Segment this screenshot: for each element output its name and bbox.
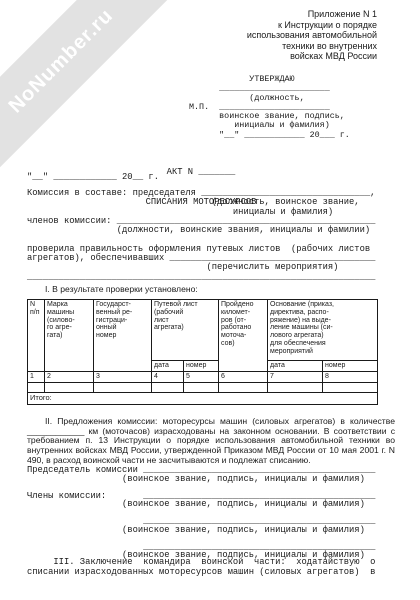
appendix-header-line: использования автомобильной: [247, 30, 377, 41]
table-total-row: Итого:: [28, 392, 378, 404]
total-label: Итого:: [28, 392, 378, 404]
table-empty-cell: [45, 382, 94, 392]
column-number: 8: [323, 371, 378, 382]
subheader-date: дата: [152, 361, 184, 372]
table-empty-cell: [184, 382, 219, 392]
table-empty-cell: [268, 382, 323, 392]
appendix-header-line: техники во внутренних: [247, 41, 377, 52]
column-number: 3: [94, 371, 152, 382]
watermark-text: NoNumber.ru: [4, 4, 118, 118]
col-header-n: N п/п: [28, 300, 45, 372]
column-number: 6: [219, 371, 268, 382]
table-column-numbers-row: 1 2 3 4 5 6 7 8: [28, 371, 378, 382]
col-header-brand: Марка машины (силово- го агре- гата): [45, 300, 94, 372]
table-empty-data-row: [28, 382, 378, 392]
commission-composition-block: Комиссия в составе: председателя _______…: [27, 189, 375, 282]
col-header-km: Пройдено километ- ров (от- работано мото…: [219, 300, 268, 372]
subheader-number: номер: [184, 361, 219, 372]
table-empty-cell: [94, 382, 152, 392]
col-header-basis: Основание (приказ, директива, распо- ряж…: [268, 300, 378, 361]
col-header-waybill: Путевой лист (рабочий лист агрегата): [152, 300, 219, 361]
appendix-header-line: Приложение N 1: [247, 9, 377, 20]
column-number: 1: [28, 371, 45, 382]
act-date-line: "__" ____________ 20__ г.: [27, 172, 159, 182]
subheader-date: дата: [268, 361, 323, 372]
document-page: NoNumber.ru Приложение N 1 к Инструкции …: [0, 0, 420, 600]
table-empty-cell: [28, 382, 45, 392]
column-number: 2: [45, 371, 94, 382]
table-header-row: N п/п Марка машины (силово- го агре- гат…: [28, 300, 378, 361]
appendix-header-line: к Инструкции о порядке: [247, 20, 377, 31]
table-empty-cell: [152, 382, 184, 392]
section-1-heading: I. В результате проверки установлено:: [45, 284, 198, 294]
section-2-proposals-paragraph: II. Предложения комиссии: моторесурсы ма…: [27, 417, 395, 466]
column-number: 7: [268, 371, 323, 382]
column-number: 5: [184, 371, 219, 382]
subheader-number: номер: [323, 361, 378, 372]
approval-stamp-block: УТВЕРЖДАЮ ______________________ (должно…: [189, 75, 350, 140]
section-3-conclusion-paragraph: III. Заключение командира воинской части…: [27, 558, 375, 577]
appendix-header-line: войсках МВД России: [247, 51, 377, 62]
signatures-block: Председатель комиссии __________________…: [27, 466, 375, 560]
table-empty-cell: [219, 382, 268, 392]
column-number: 4: [152, 371, 184, 382]
col-header-reg-number: Государст- венный ре- гистраци- онный но…: [94, 300, 152, 372]
table-empty-cell: [323, 382, 378, 392]
results-table: N п/п Марка машины (силово- го агре- гат…: [27, 299, 378, 405]
appendix-header: Приложение N 1 к Инструкции о порядке ис…: [247, 9, 377, 62]
